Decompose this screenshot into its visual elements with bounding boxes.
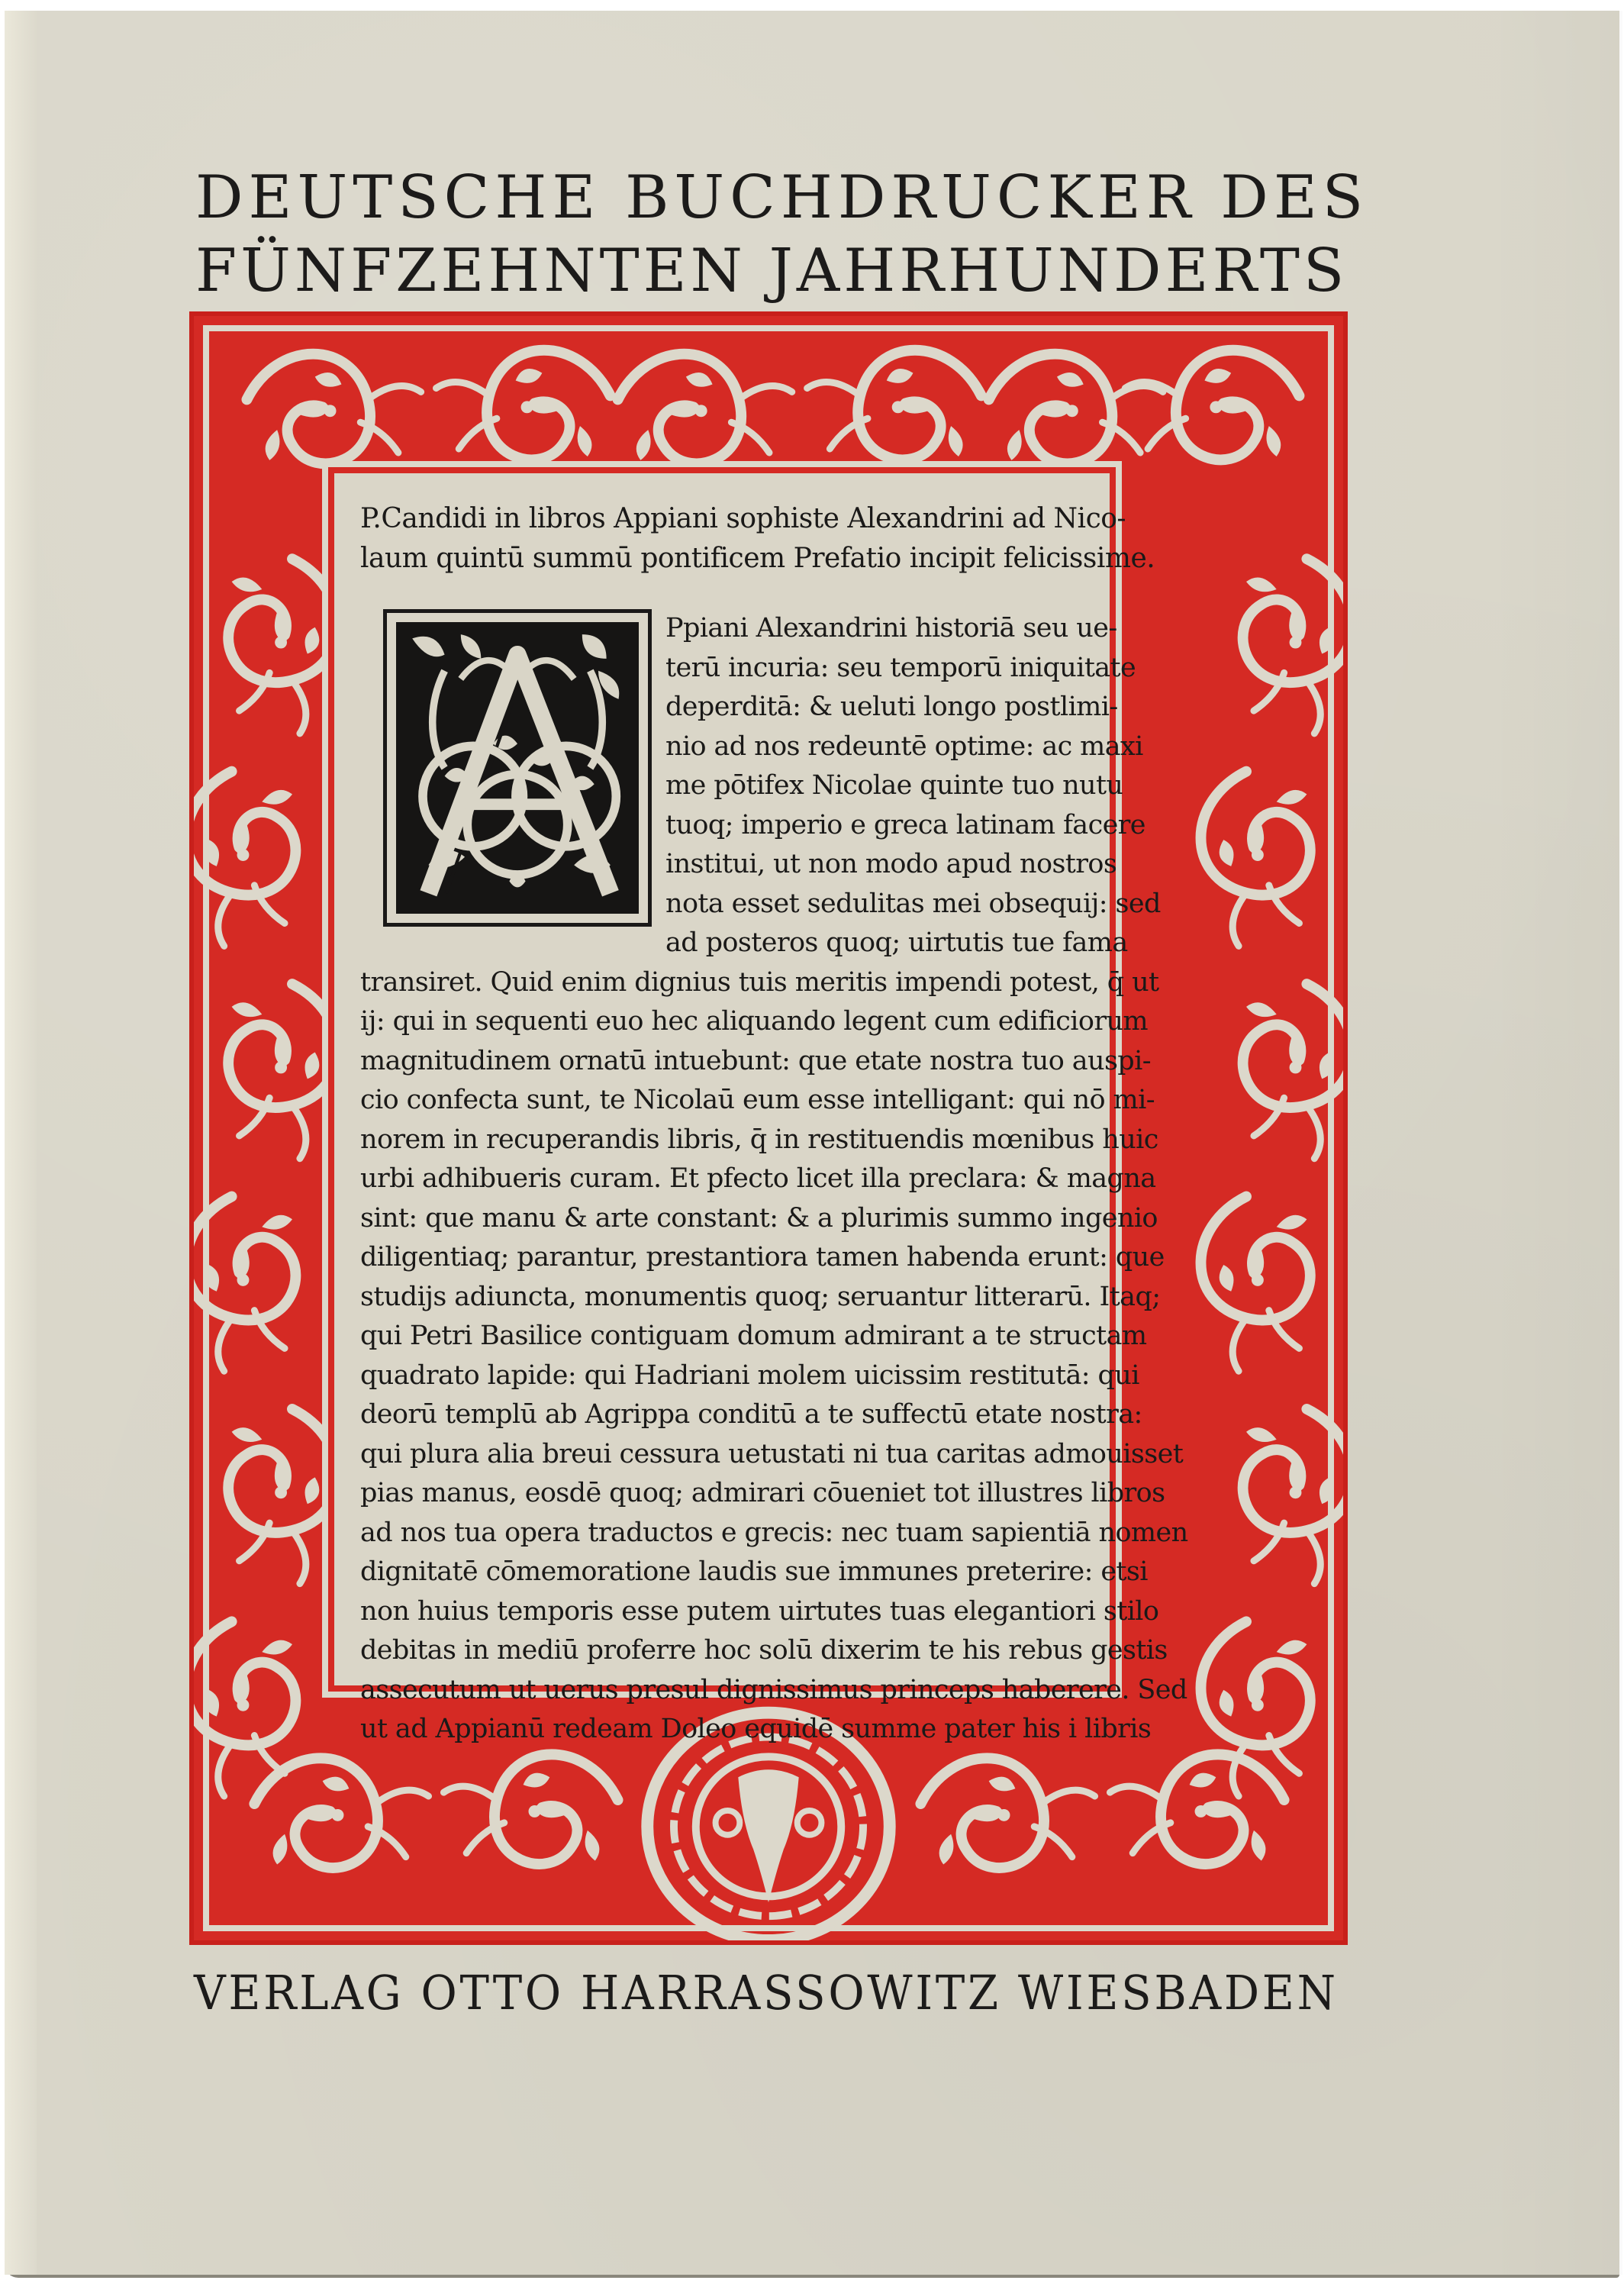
spine-edge [5, 11, 37, 2275]
text-line: ut ad Appianū redeam Doleo equidē summe … [360, 1710, 1093, 1750]
plate-heading-line: laum quintū summū pontificem Prefatio in… [360, 539, 1093, 579]
text-line: studijs adiuncta, monumentis quoq; serua… [360, 1278, 1093, 1318]
text-line: qui plura alia breui cessura uetustati n… [360, 1435, 1093, 1475]
text-line: norem in recuperandis libris, q̄ in rest… [360, 1121, 1093, 1160]
text-line: magnitudinem ornatū intuebunt: que etate… [360, 1042, 1093, 1082]
text-line: non huius temporis esse putem uirtutes t… [360, 1592, 1093, 1632]
book-cover: DEUTSCHE BUCHDRUCKER DES FÜNFZEHNTEN JAH… [5, 11, 1619, 2278]
cover-title-line-1: DEUTSCHE BUCHDRUCKER DES [195, 163, 1619, 232]
text-line: transiret. Quid enim dignius tuis meriti… [360, 963, 1093, 1003]
text-line: qui Petri Basilice contiguam domum admir… [360, 1317, 1093, 1356]
cover-title-line-2: FÜNFZEHNTEN JAHRHUNDERTS [195, 237, 1619, 305]
dropcap-initial [383, 609, 652, 927]
text-line: dignitatē cōmemoratione laudis sue immun… [360, 1553, 1093, 1592]
text-line: assecutum ut uerus presul dignissimus pr… [360, 1671, 1093, 1711]
text-line: ij: qui in sequenti euo hec aliquando le… [360, 1002, 1093, 1042]
text-line: diligentiaq; parantur, prestantiora tame… [360, 1238, 1093, 1278]
text-panel: P.Candidi in libros Appiani sophiste Ale… [328, 467, 1116, 1692]
publisher-imprint: VERLAG OTTO HARRASSOWITZ WIESBADEN [194, 1965, 1339, 2021]
text-line: urbi adhibueris curam. Et pfecto licet i… [360, 1160, 1093, 1199]
ornamental-frame: P.Candidi in libros Appiani sophiste Ale… [189, 311, 1348, 1945]
text-line: deorū templū ab Agrippa conditū a te suf… [360, 1395, 1093, 1435]
plate-heading-line: P.Candidi in libros Appiani sophiste Ale… [360, 499, 1093, 539]
cover-shade [1485, 11, 1622, 2275]
text-line: ad posteros quoq; uirtutis tue fama [360, 924, 1093, 963]
text-line: cio confecta sunt, te Nicolaū eum esse i… [360, 1081, 1093, 1121]
ornamental-initial-a-icon [396, 622, 639, 914]
text-line: sint: que manu & arte constant: & a plur… [360, 1199, 1093, 1239]
text-line: pias manus, eosdē quoq; admirari cōuenie… [360, 1474, 1093, 1514]
plate-body: Ppiani Alexandrini historiā seu ue- terū… [360, 609, 1093, 1750]
text-line: ad nos tua opera traductos e grecis: nec… [360, 1514, 1093, 1553]
text-line: debitas in mediū proferre hoc solū dixer… [360, 1631, 1093, 1671]
text-line: quadrato lapide: qui Hadriani molem uici… [360, 1356, 1093, 1396]
